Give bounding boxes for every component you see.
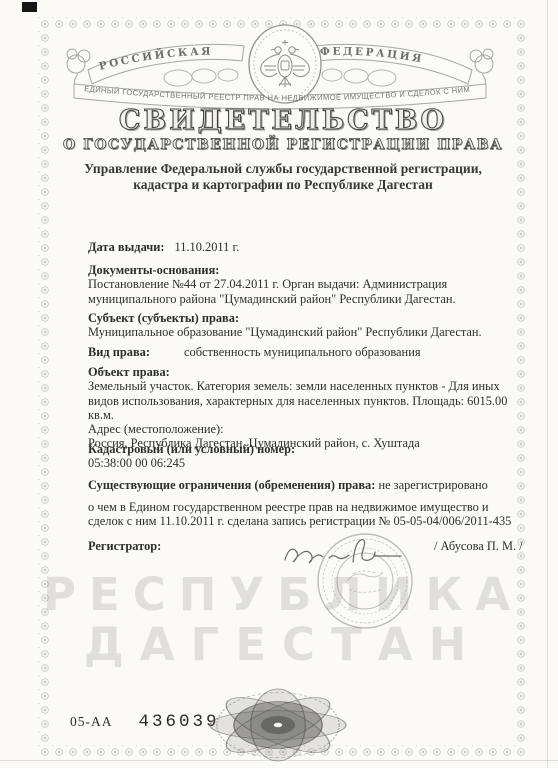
document-title: СВИДЕТЕЛЬСТВО — [38, 106, 528, 136]
basis-label: Документы-основания: — [88, 263, 512, 277]
object-label: Объект права: — [88, 365, 512, 379]
watermark-line2: ДАГЕСТАН — [38, 618, 528, 671]
issuing-authority-line2: кадастра и картографии по Республике Даг… — [38, 177, 528, 193]
address-label: Адрес (местоположение): — [88, 422, 512, 436]
svg-text:ФЕДЕРАЦИЯ: ФЕДЕРАЦИЯ — [320, 46, 425, 66]
right-type-label: Вид права: — [88, 345, 150, 359]
certificate-page: РОССИЙСКАЯ ФЕДЕРАЦИЯ ЕДИНЫЙ ГОСУДАРСТВЕН… — [0, 0, 558, 768]
title-block: СВИДЕТЕЛЬСТВО О ГОСУДАРСТВЕННОЙ РЕГИСТРА… — [38, 106, 528, 193]
right-type-value: собственность муниципального образования — [184, 345, 421, 359]
basis-value: Постановление №44 от 27.04.2011 г. Орган… — [88, 277, 512, 306]
subject-value: Муниципальное образование "Цумадинский р… — [88, 325, 512, 339]
object-value: Земельный участок. Категория земель: зем… — [88, 379, 512, 422]
scan-paper-edge-right — [547, 0, 548, 768]
field-issue-date: Дата выдачи:11.10.2011 г. — [88, 240, 512, 254]
subject-label: Субъект (субъекты) права: — [88, 311, 512, 325]
field-right-type: Вид права:собственность муниципального о… — [88, 345, 512, 359]
field-cadastral: Кадастровый (или условный) номер: 05:38:… — [88, 442, 512, 471]
issue-date-value: 11.10.2011 г. — [175, 240, 240, 254]
restrictions-label: Существующие ограничения (обременения) п… — [88, 478, 375, 492]
field-object: Объект права: Земельный участок. Категор… — [88, 365, 512, 451]
field-basis: Документы-основания: Постановление №44 о… — [88, 263, 512, 306]
scan-artifact-mark — [22, 2, 37, 12]
ribbon-right-text: ФЕДЕРАЦИЯ — [320, 46, 425, 66]
issue-date-label: Дата выдачи: — [88, 240, 165, 254]
double-headed-eagle-emblem — [249, 25, 321, 103]
restrictions-value: не зарегистрировано — [375, 478, 487, 492]
serial-row: 05-АА 436039 — [70, 712, 220, 732]
document-subtitle: О ГОСУДАРСТВЕННОЙ РЕГИСТРАЦИИ ПРАВА — [38, 137, 528, 154]
issuing-authority: Управление Федеральной службы государств… — [38, 161, 528, 193]
watermark-line1: РЕСПУБЛИКА — [38, 568, 528, 621]
registrar-name: / Абусова П. М. / — [434, 539, 523, 554]
guilloche-rosette — [205, 686, 351, 764]
cadastral-value: 05:38:00 00 06:245 — [88, 456, 512, 470]
serial-series: 05-АА — [70, 714, 113, 730]
issuing-authority-line1: Управление Федеральной службы государств… — [38, 161, 528, 177]
registrar-signature — [281, 532, 411, 574]
registrar-label: Регистратор: — [88, 539, 161, 553]
field-restrictions: Существующие ограничения (обременения) п… — [88, 478, 512, 492]
registration-record: о чем в Едином государственном реестре п… — [88, 500, 512, 529]
cadastral-label: Кадастровый (или условный) номер: — [88, 442, 512, 456]
field-subject: Субъект (субъекты) права: Муниципальное … — [88, 311, 512, 340]
